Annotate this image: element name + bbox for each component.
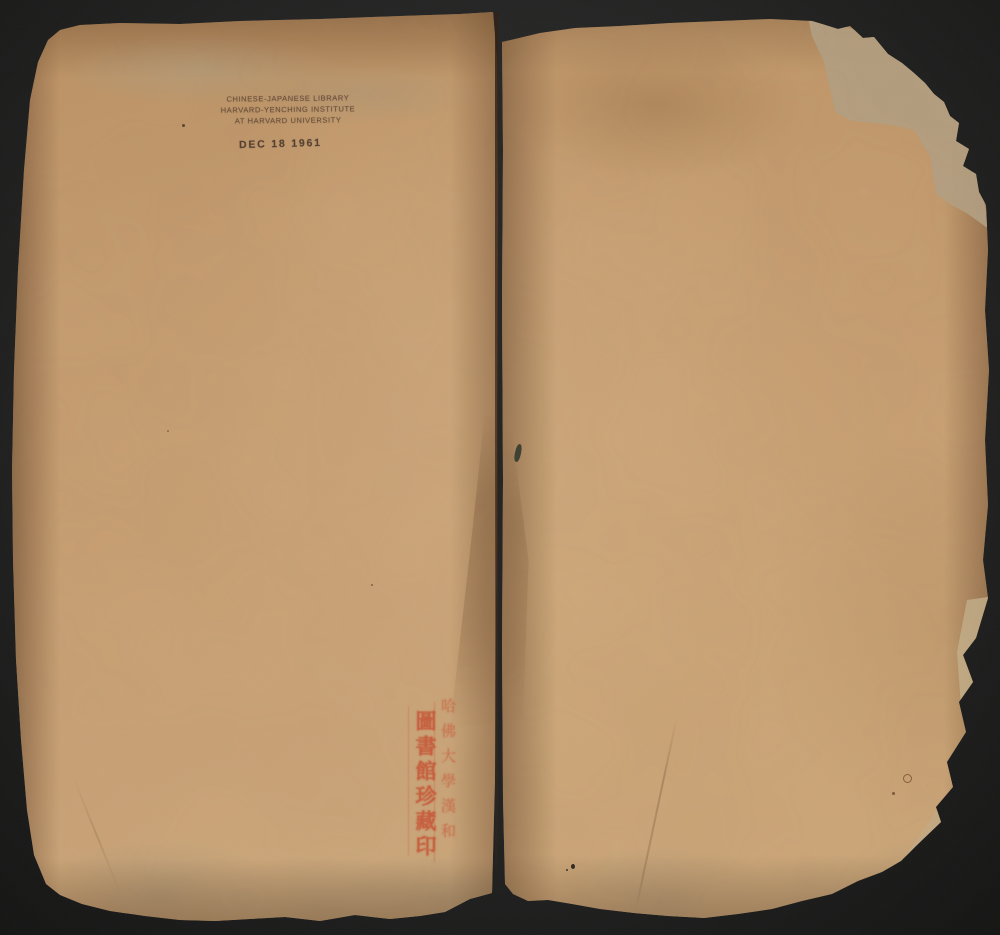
gutter-water-stain (438, 415, 500, 725)
ink-speck (182, 124, 185, 127)
page-gutter-crease (495, 12, 498, 890)
book-scan: CHINESE-JAPANESE LIBRARY HARVARD-YENCHIN… (0, 0, 1000, 935)
foxing-spot (892, 792, 895, 795)
ink-speck (371, 584, 373, 586)
ink-speck (167, 430, 169, 432)
library-stamp: CHINESE-JAPANESE LIBRARY HARVARD-YENCHIN… (213, 92, 363, 127)
ink-speck (513, 444, 523, 463)
date-stamp: DEC 18 1961 (239, 137, 322, 151)
gutter-water-stain (502, 430, 540, 720)
paper-crease (72, 776, 121, 895)
ink-speck (566, 869, 568, 871)
foxing-spot (903, 774, 912, 783)
paper-crease (634, 717, 678, 913)
seal-column-left: 圖書館珍藏印 (410, 710, 440, 866)
ink-speck (571, 864, 575, 869)
stamp-line-3: AT HARVARD UNIVERSITY (213, 114, 363, 127)
